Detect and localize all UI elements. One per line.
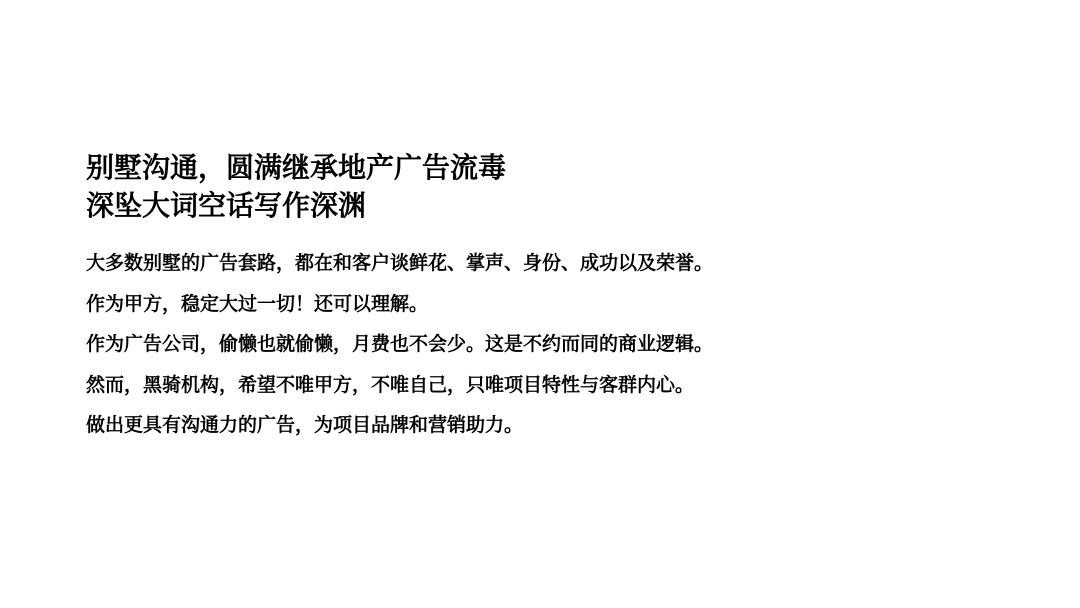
slide-body: 大多数别墅的广告套路，都在和客户谈鲜花、掌声、身份、成功以及荣誉。 作为甲方，稳…	[86, 243, 713, 446]
title-line-2: 深坠大词空话写作深渊	[86, 187, 506, 225]
body-paragraph-1: 大多数别墅的广告套路，都在和客户谈鲜花、掌声、身份、成功以及荣誉。	[86, 243, 713, 284]
body-paragraph-5: 做出更具有沟通力的广告，为项目品牌和营销助力。	[86, 405, 713, 446]
body-paragraph-4: 然而，黑骑机构，希望不唯甲方，不唯自己，只唯项目特性与客群内心。	[86, 365, 713, 406]
slide: 别墅沟通，圆满继承地产广告流毒 深坠大词空话写作深渊 大多数别墅的广告套路，都在…	[0, 0, 1080, 608]
body-paragraph-2: 作为甲方，稳定大过一切！还可以理解。	[86, 284, 713, 325]
slide-title: 别墅沟通，圆满继承地产广告流毒 深坠大词空话写作深渊	[86, 149, 506, 225]
body-paragraph-3: 作为广告公司，偷懒也就偷懒，月费也不会少。这是不约而同的商业逻辑。	[86, 324, 713, 365]
title-line-1: 别墅沟通，圆满继承地产广告流毒	[86, 149, 506, 187]
